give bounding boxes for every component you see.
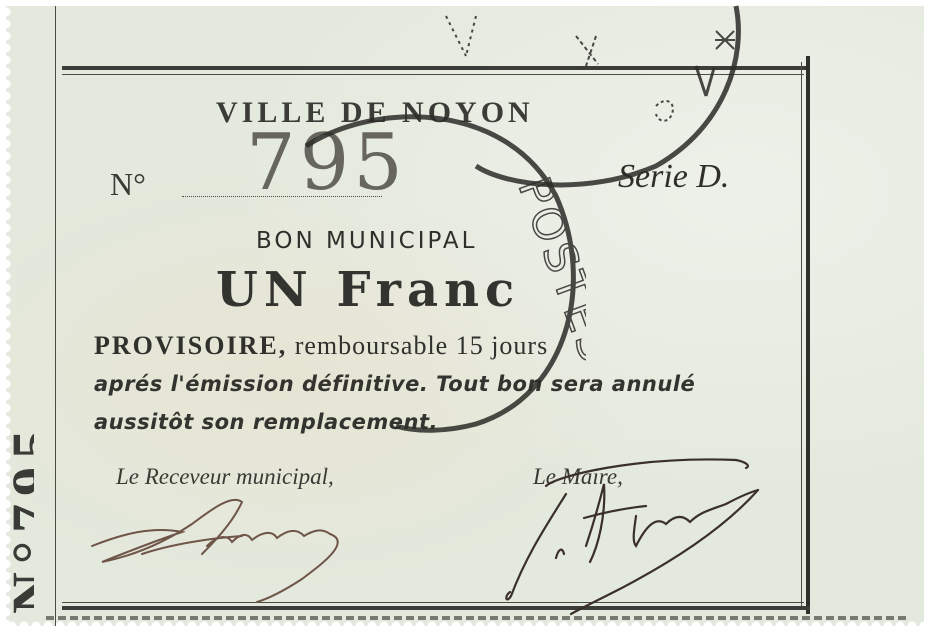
frame-border-right	[806, 56, 810, 614]
banknote: N°795 VILLE DE NOYON N° 795 Serie D. BON…	[6, 6, 924, 626]
maire-signature	[486, 446, 776, 616]
stub-number: N°795	[4, 174, 34, 614]
serial-number: 795	[246, 118, 407, 208]
stub-divider	[55, 6, 56, 626]
terms-line-1-text: remboursable 15 jours	[295, 331, 549, 360]
frame-border-top	[62, 66, 810, 70]
frame-border-top-inner	[62, 74, 804, 75]
terms-line-2: aprés l'émission définitive. Tout bon se…	[94, 372, 794, 396]
denomination: UN Franc	[216, 262, 520, 318]
perforation-ink-remnant	[46, 616, 906, 620]
receveur-signature	[82, 484, 382, 604]
frame-border-right-inner	[801, 62, 802, 607]
series-label: Serie D.	[618, 158, 729, 196]
terms-line-3: aussitôt son remplacement.	[94, 410, 794, 434]
number-label: N°	[110, 166, 146, 203]
heading: BON MUNICIPAL	[256, 228, 477, 254]
terms-line-1: PROVISOIRE, remboursable 15 jours	[94, 331, 794, 361]
provisional-label: PROVISOIRE,	[94, 331, 287, 360]
